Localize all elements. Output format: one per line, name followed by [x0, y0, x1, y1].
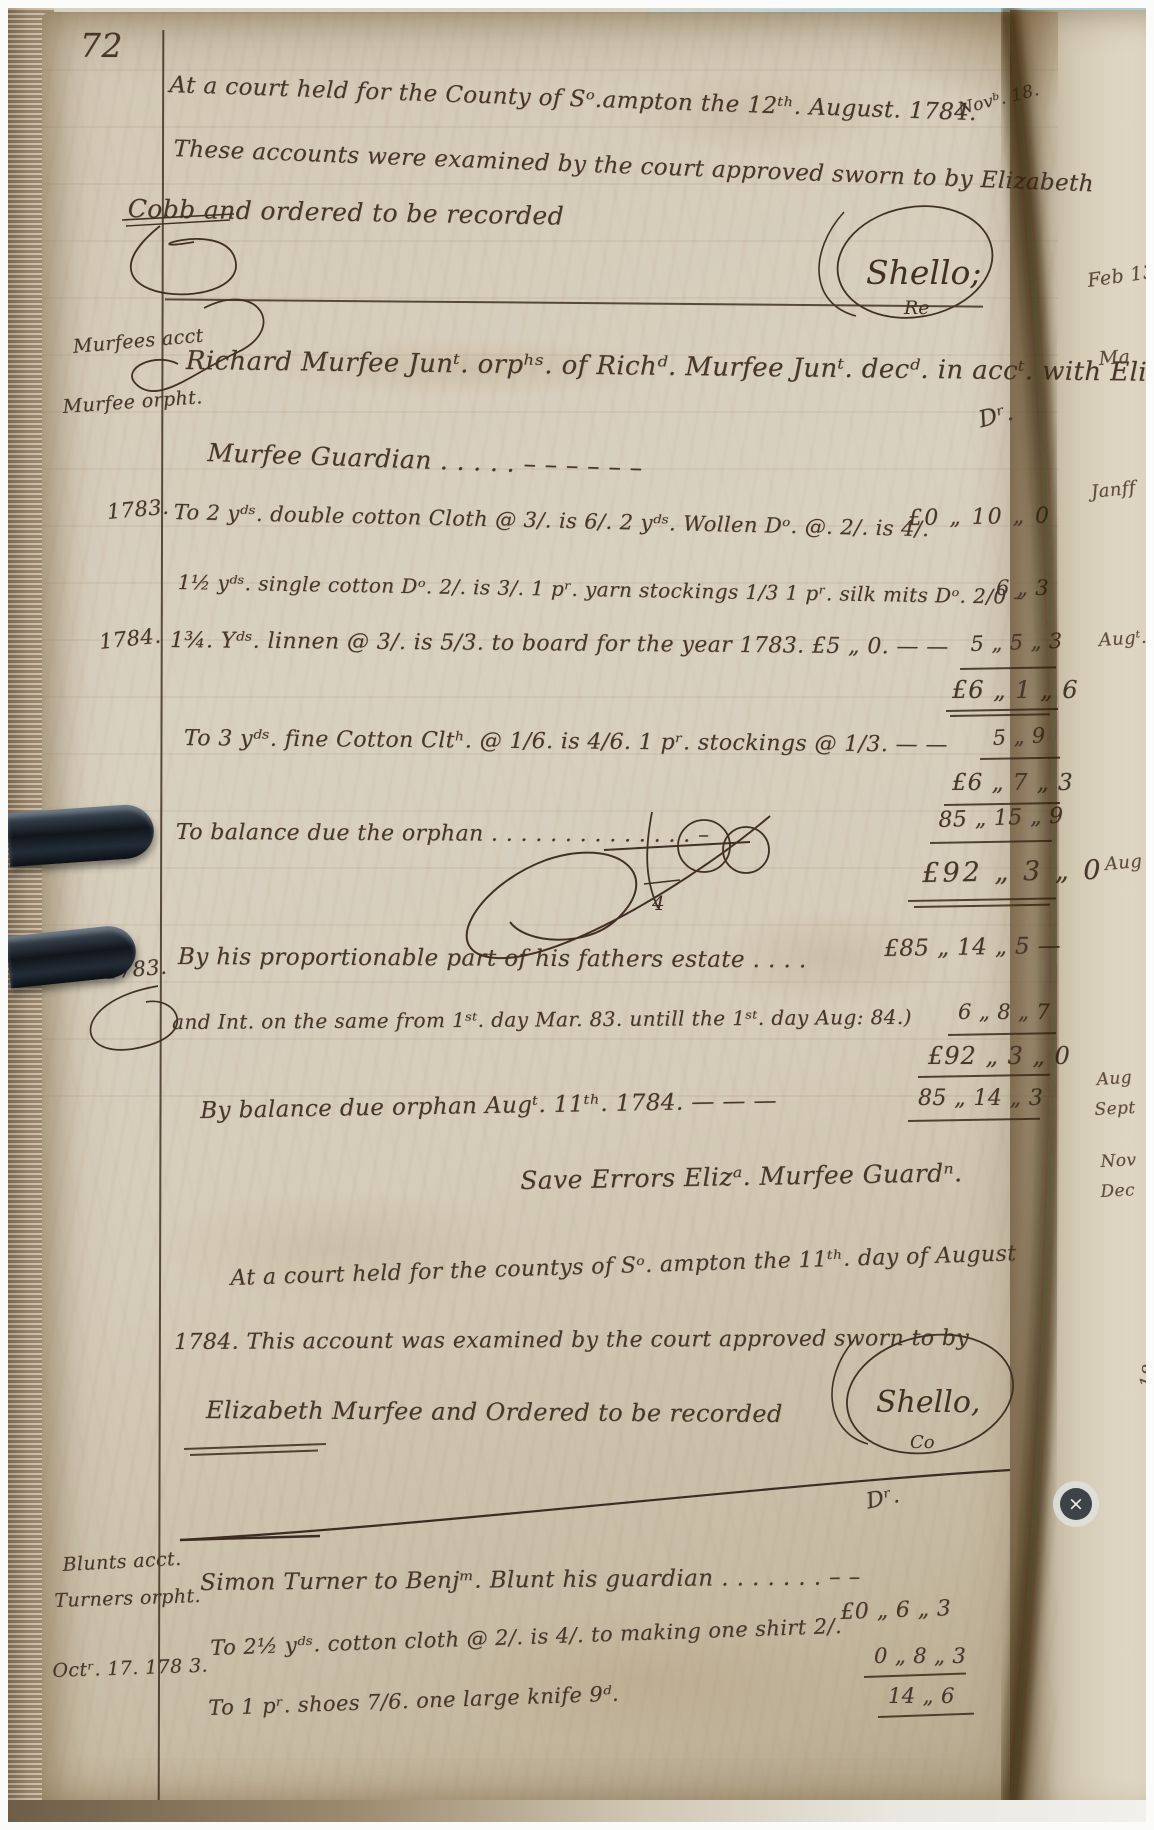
debit-row3-amount: 5 „ 5 „ 3: [970, 629, 1063, 656]
credit-row1: By his proportionable part of his father…: [178, 944, 807, 973]
debit-row5: To balance due the orphan . . . . . . . …: [176, 820, 710, 848]
debit-row5-amount: 85 „ 15 „ 9: [938, 804, 1064, 833]
court-note2-line3: Elizabeth Murfee and Ordered to be recor…: [206, 1396, 783, 1428]
debit-row4-amount: 5 „ 9: [992, 723, 1046, 750]
turner-row1-amount: £0 „ 6 „ 3: [840, 1596, 952, 1625]
binder-ring: [8, 803, 156, 867]
right-page-fragment: Sept: [1094, 1098, 1136, 1120]
credit-row2-amount: 6 „ 8 „ 7: [958, 1000, 1050, 1024]
close-icon: ×: [1068, 1495, 1084, 1514]
debit-row2-amount: 6 „ 3: [996, 576, 1049, 600]
debit-subtotal1: £6 „ 1 „ 6: [952, 676, 1078, 704]
debit-row1-amount: £0 „ 10 „ 0: [908, 504, 1051, 531]
right-page-fragment: Dec: [1100, 1180, 1135, 1202]
credit-row3-amount: 85 „ 14 „ 3: [918, 1086, 1043, 1111]
right-page-fragment: Augᵗ.: [1098, 627, 1146, 651]
right-page-fragment: Nov: [1100, 1150, 1137, 1172]
right-page-fragment: Ma: [1098, 346, 1131, 370]
right-page-fragment: Aug: [1104, 851, 1143, 875]
page-number: 72: [80, 26, 123, 65]
manuscript-photo: 72 At a court held for the County of Sᵒ.…: [8, 8, 1146, 1822]
turner-row2-amount: 0 „ 8 „ 3: [874, 1644, 966, 1668]
debit-total: £92 „ 3 „ 0: [922, 855, 1104, 889]
credit-total: £92 „ 3 „ 0: [928, 1042, 1071, 1070]
court-note2-line2: 1784. This account was examined by the c…: [174, 1326, 969, 1355]
ledger-left-page: [42, 12, 1058, 1818]
debit-subtotal2: £6 „ 7 „ 3: [952, 770, 1074, 796]
right-page-fragment: Aug: [1096, 1068, 1133, 1090]
credit-row2: and Int. on the same from 1ˢᵗ. day Mar. …: [172, 1005, 912, 1034]
book-bottom-edge: [8, 1800, 1146, 1822]
close-button[interactable]: ×: [1060, 1488, 1092, 1520]
credit-row1-amount: £85 „ 14 „ 5 —: [884, 933, 1061, 962]
turner-total: 14 „ 6: [888, 1684, 955, 1708]
